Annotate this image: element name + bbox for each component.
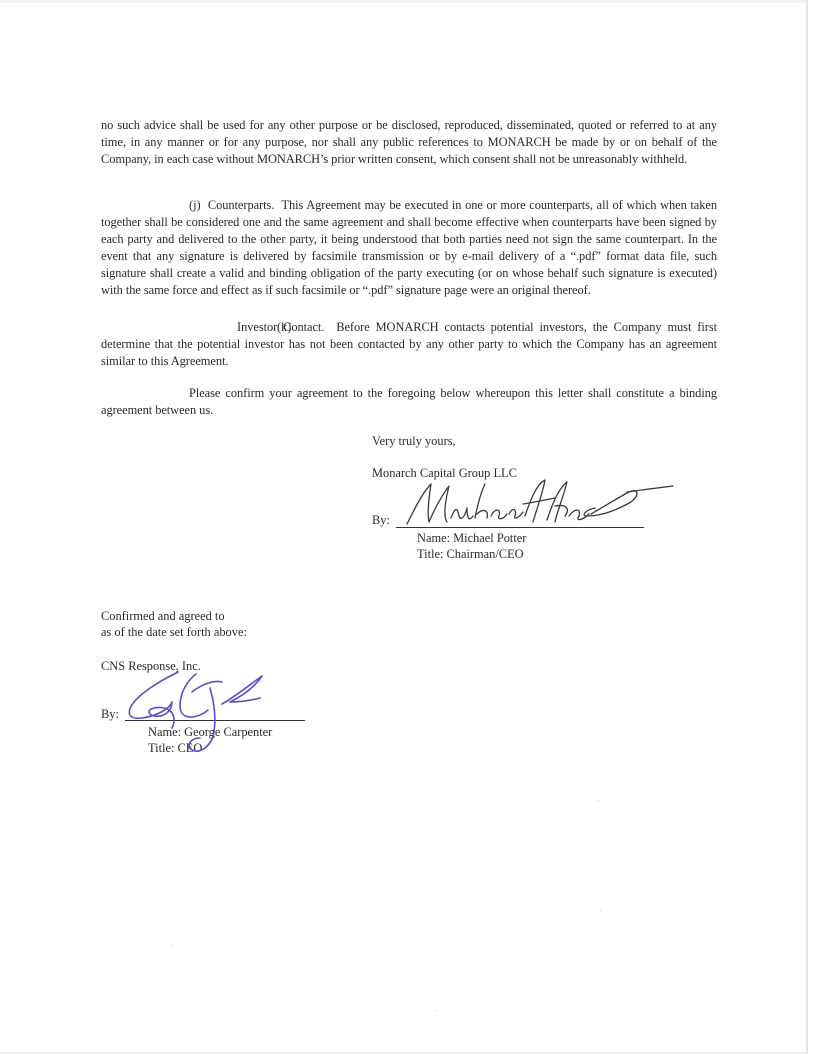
paragraph-continuation: no such advice shall be used for any oth…: [101, 117, 717, 168]
paragraph-counterparts: (j) Counterparts. This Agreement may be …: [101, 197, 717, 299]
section-heading-investor-contact: Investor Contact.: [237, 320, 324, 334]
salutation: Very truly yours,: [372, 433, 456, 450]
monarch-by-label: By:: [372, 512, 390, 529]
section-label-k: (k): [189, 319, 237, 336]
document-page: no such advice shall be used for any oth…: [0, 0, 808, 1054]
monarch-signature-scribble: [405, 478, 675, 538]
section-heading-counterparts: Counterparts.: [208, 198, 274, 212]
confirmation-line-1: Confirmed and agreed to: [101, 608, 225, 625]
paragraph-investor-contact: (k)Investor Contact. Before MONARCH cont…: [101, 319, 717, 370]
scan-speck: [172, 945, 173, 946]
scan-speck: [598, 800, 599, 801]
cns-by-label: By:: [101, 706, 119, 723]
section-label-j: (j): [189, 198, 201, 212]
section-body-counterparts: This Agreement may be executed in one or…: [101, 198, 717, 297]
monarch-signatory-title: Title: Chairman/CEO: [417, 546, 524, 563]
confirmation-line-2: as of the date set forth above:: [101, 624, 247, 641]
paragraph-closing: Please confirm your agreement to the for…: [101, 385, 717, 419]
scan-speck: [436, 1010, 437, 1011]
scan-speck: [600, 910, 601, 911]
monarch-signatory-name: Name: Michael Potter: [417, 530, 526, 547]
cns-signature-scribble: [118, 662, 278, 762]
scan-speck: [700, 275, 701, 276]
page-top-edge: [0, 0, 806, 3]
